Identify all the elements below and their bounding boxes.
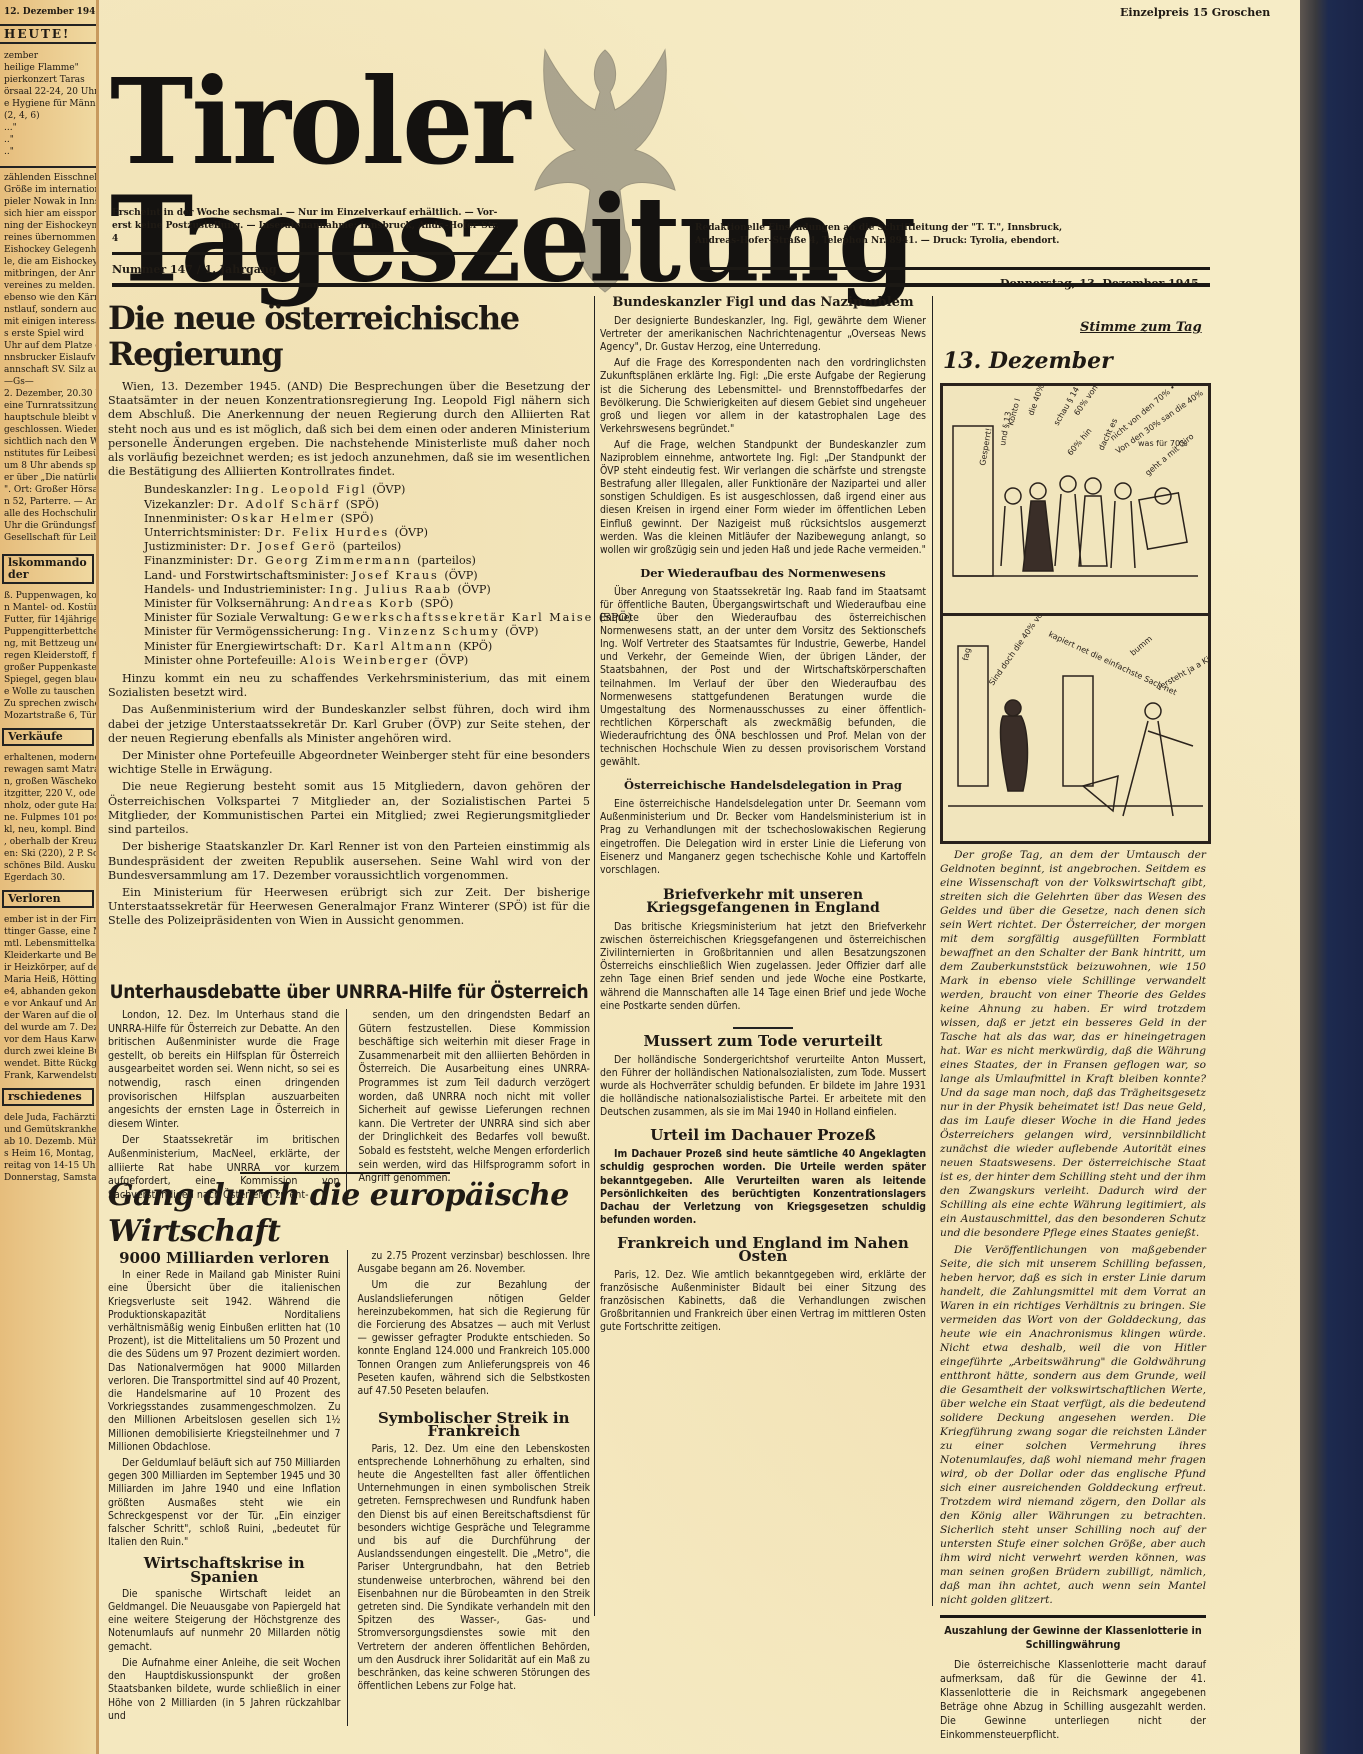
editorial-paragraph: Die Veröffentlichungen von maßgebender S… [940, 1243, 1206, 1607]
prev-ad-line: rewagen samt Matratze, [0, 764, 96, 776]
prev-ad-line: reitag von 14-15 Uhr, [0, 1160, 96, 1172]
cabinet-name: Dr. Josef Gerö [230, 540, 343, 553]
prev-ad-line: itzgitter, 220 V., oder [0, 788, 96, 800]
prev-ad-line: wendet. Bitte Rückgabe [0, 1058, 96, 1070]
spain-paragraphs: Die spanische Wirtschaft leidet an Geldm… [108, 1588, 341, 1723]
unrra-paragraph: London, 12. Dez. Im Unterhaus stand die … [108, 1009, 340, 1131]
column-kicker: Stimme zum Tag [1080, 320, 1202, 335]
prev-line: (2, 4, 6) [0, 110, 96, 122]
cartoon-speech-text: bumm [1129, 634, 1155, 658]
cabinet-member: Handels- und Industrieminister: Ing. Jul… [144, 583, 590, 597]
cartoon-speech-text: Gesperrt! [978, 427, 993, 466]
cabinet-list: Bundeskanzler: Ing. Leopold Figl (ÖVP)Vi… [144, 483, 590, 668]
cabinet-role: Vizekanzler: [144, 498, 217, 511]
prev-fragment: sich hier am eissportlichen [0, 208, 96, 220]
prev-fragment: zählenden Eisschnelläufer, [0, 172, 96, 184]
lead-paragraph: Der bisherige Staatskanzler Dr. Karl Ren… [108, 840, 590, 883]
unrra-paragraph: senden, um den dringendsten Bedarf an Gü… [359, 1009, 591, 1186]
prev-ad-line: n Mantel- od. Kostüm- [0, 602, 96, 614]
prev-ad-line: Egerdach 30. [0, 872, 96, 884]
prev-ad-line: e vor Ankauf und An- [0, 998, 96, 1010]
economy-paragraph: zu 2.75 Prozent verzinsbar) beschlossen.… [358, 1250, 591, 1276]
cabinet-role: Unterrichtsminister: [144, 526, 264, 539]
prev-line: e Hygiene für Männer" [0, 98, 96, 110]
prev-fragments: zählenden Eisschnelläufer,Größe im inter… [0, 172, 96, 544]
issue-number: Nummer 147 / 1. Jahrgang [112, 263, 277, 276]
prev-fragment: nstitutes für Leibesübun- [0, 448, 96, 460]
prev-divider [0, 166, 96, 168]
cabinet-role: Finanzminister: [144, 554, 237, 567]
cabinet-name: Gewerkschaftssekretär Karl Maise [332, 611, 598, 624]
editorial-paragraphs: Der große Tag, an dem der Umtausch der G… [940, 848, 1206, 1607]
column-headline: 13. Dezember [943, 348, 1113, 374]
mussert-paragraph: Der holländische Sondergerichtshof verur… [600, 1054, 926, 1119]
editorial-paragraph: Der große Tag, an dem der Umtausch der G… [940, 848, 1206, 1240]
cabinet-name: Andreas Korb [313, 597, 420, 610]
figl-paragraph: Der designierte Bundeskanzler, Ing. Figl… [600, 315, 926, 354]
cabinet-member: Justizminister: Dr. Josef Gerö (parteilo… [144, 540, 590, 554]
prev-ad-line: Spiegel, gegen blaue [0, 674, 96, 686]
prev-section-box: Verloren [2, 890, 94, 908]
prev-ad-line: der Waren auf die ob. [0, 1010, 96, 1022]
cabinet-party: (SPÖ) [341, 512, 374, 525]
cabinet-party: (parteilos) [417, 554, 476, 567]
lead-paragraphs: Hinzu kommt ein neu zu schaffendes Verke… [108, 672, 590, 928]
prev-fragment: Gesellschaft für Leibes- [0, 532, 96, 544]
cabinet-role: Innenminister: [144, 512, 231, 525]
france-strike-subheadline: Symbolischer Streik in Frankreich [358, 1412, 591, 1438]
prev-ad-line: Donnerstag, Samstag v. [0, 1172, 96, 1184]
figl-paragraphs: Der designierte Bundeskanzler, Ing. Figl… [600, 315, 926, 557]
cabinet-member: Minister ohne Portefeuille: Alois Weinbe… [144, 654, 590, 668]
prev-fragment: vereines zu melden. Herr [0, 280, 96, 292]
prev-ad-line: ttinger Gasse, eine Map- [0, 926, 96, 938]
dachau-headline: Urteil im Dachauer Prozeß [600, 1129, 926, 1142]
prev-ads: ember ist in der Firmattinger Gasse, ein… [0, 914, 96, 1082]
cabinet-party: (ÖVP) [505, 625, 538, 638]
prev-ad-line: e4, abhanden gekommen. [0, 986, 96, 998]
prev-fragment: hauptschule bleibt wegen [0, 412, 96, 424]
prev-section-box: lskommando der [2, 554, 94, 584]
prev-fragment: n 52, Parterre. — Am [0, 496, 96, 508]
economy-column-1: 9000 Milliarden verloren In einer Rede i… [108, 1250, 348, 1726]
unrra-column-2: senden, um den dringendsten Bedarf an Gü… [359, 1009, 591, 1205]
prev-line: örsaal 22-24, 20 Uhr: [0, 86, 96, 98]
cartoon-panel-top: Gesperrt!und § 13Konto Idie 40% doch von… [940, 383, 1211, 617]
prev-fragment: er über „Die natürliche [0, 472, 96, 484]
column-divider [594, 296, 595, 1616]
economy-section: Gang durch die europäische Wirtschaft 90… [108, 1178, 590, 1726]
short-rule [733, 1027, 793, 1029]
unrra-article: Unterhausdebatte über UNRRA-Hilfe für Ös… [108, 975, 590, 1205]
cartoon-speech-text: Konto I [1006, 397, 1022, 426]
figl-headline: Bundeskanzler Figl und das Naziproblem [600, 296, 926, 309]
cabinet-party: (SPÖ) [420, 597, 453, 610]
lead-paragraph: Der Minister ohne Portefeuille Abgeordne… [108, 749, 590, 777]
lead-paragraph: Ein Ministerium für Heerwesen erübrigt s… [108, 886, 590, 929]
prev-fragment: Eishockey Gelegenheit zur [0, 244, 96, 256]
lead-paragraph: Das Außenministerium wird der Bundeskanz… [108, 703, 590, 746]
prev-ad-line: vor dem Haus Karwen- [0, 1034, 96, 1046]
economy-columns: 9000 Milliarden verloren In einer Rede i… [108, 1250, 590, 1726]
newspaper-page: 12. Dezember 1945 HEUTE! zemberheilige F… [0, 0, 1300, 1754]
prev-fragment: sichtlich nach den Wei- [0, 436, 96, 448]
prev-date: 12. Dezember 1945 [0, 6, 96, 18]
lead-paragraph: Die neue Regierung besteht somit aus 15 … [108, 780, 590, 837]
cartoon-speech-text: 60% hin [1066, 426, 1094, 457]
prev-ad-line: ab 10. Dezemb. Mühlau, [0, 1136, 96, 1148]
lottery-headline: Auszahlung der Gewinne der Klassenlotter… [940, 1624, 1206, 1652]
cabinet-member: Minister für Soziale Verwaltung: Gewerks… [144, 611, 590, 625]
prev-fragment: eine Turnratssitzung statt. [0, 400, 96, 412]
prev-fragment: alle des Hochschulinstitu- [0, 508, 96, 520]
figl-paragraph: Auf die Frage, welchen Standpunkt der Bu… [600, 439, 926, 557]
prev-line: heilige Flamme" [0, 62, 96, 74]
normen-paragraph: Über Anregung von Staatssekretär Ing. Ra… [600, 586, 926, 769]
spain-subheadline: Wirtschaftskrise in Spanien [108, 1557, 341, 1583]
previous-page-strip: 12. Dezember 1945 HEUTE! zemberheilige F… [0, 0, 99, 1754]
prev-ad-line: Kleiderkarte und Bezug- [0, 950, 96, 962]
economy-paragraph: In einer Rede in Mailand gab Minister Ru… [108, 1269, 341, 1454]
prev-fragment: —Gs— [0, 376, 96, 388]
prev-section-box: Verkäufe [2, 728, 94, 746]
prev-fragment: geschlossen. Wiederauf- [0, 424, 96, 436]
cabinet-party: (parteilos) [343, 540, 402, 553]
cabinet-role: Bundeskanzler: [144, 483, 236, 496]
prev-fragment: Uhr die Gründungsfeier [0, 520, 96, 532]
prev-fragment: mitbringen, der Anruf [0, 268, 96, 280]
dachau-paragraphs: Im Dachauer Prozeß sind heute sämtliche … [600, 1148, 926, 1227]
prev-ad-line: n, großen Wäschekorb [0, 776, 96, 788]
cabinet-role: Minister für Energiewirtschaft: [144, 640, 325, 653]
cartoon-speech-text: fag [961, 647, 972, 661]
cabinet-member: Finanzminister: Dr. Georg Zimmermann (pa… [144, 554, 590, 568]
briefverkehr-headline: Briefverkehr mit unseren Kriegsgefangene… [600, 889, 926, 915]
unrra-body: London, 12. Dez. Im Unterhaus stand die … [108, 1009, 590, 1205]
prev-ad-line: Mozartstraße 6, Tür 9. [0, 710, 96, 722]
publication-info-line: Erscheint in der Woche sechsmal. — Nur i… [112, 207, 507, 220]
lead-article: Die neue österreichische Regierung Wien,… [108, 296, 590, 932]
prev-ad-line: del wurde am 7. Dezemb. [0, 1022, 96, 1034]
briefverkehr-paragraphs: Das britische Kriegsministerium hat jetz… [600, 921, 926, 1013]
briefverkehr-paragraph: Das britische Kriegsministerium hat jetz… [600, 921, 926, 1013]
cabinet-role: Land- und Forstwirtschaftsminister: [144, 569, 352, 582]
prev-ad-line: kl, neu, kompl. Bindung, [0, 824, 96, 836]
prev-fragment: pieler Nowak in Inns- [0, 196, 96, 208]
prev-ad-line: ember ist in der Firma [0, 914, 96, 926]
normen-headline: Der Wiederaufbau des Normenwesens [600, 567, 926, 580]
nahost-paragraph: Paris, 12. Dez. Wie amtlich bekanntgegeb… [600, 1269, 926, 1334]
prev-ad-line: ng, mit Bettzeug und [0, 638, 96, 650]
cabinet-member: Unterrichtsminister: Dr. Felix Hurdes (Ö… [144, 526, 590, 540]
cabinet-party: (SPÖ) [346, 498, 379, 511]
prev-fragment: 2. Dezember, 20.30 Uhr, [0, 388, 96, 400]
prev-section-box: rschiedenes [2, 1088, 94, 1106]
prev-fragment: um 8 Uhr abends spricht [0, 460, 96, 472]
prev-ad-line: Puppengitterbettchen, [0, 626, 96, 638]
economy-paragraph: Paris, 12. Dez. Um eine den Lebenskosten… [358, 1443, 591, 1694]
prev-line: pierkonzert Taras [0, 74, 96, 86]
prag-headline: Österreichische Handelsdelegation in Pra… [600, 779, 926, 792]
prev-fragment: Größe im internationalen [0, 184, 96, 196]
prev-fragment: ning der Eishockeymann- [0, 220, 96, 232]
column-divider [932, 296, 933, 1606]
prev-fragment: ". Ort: Großer Hörsaal [0, 484, 96, 496]
cabinet-party: (ÖVP) [395, 526, 428, 539]
publication-info-line: erst keine Postzustellung. — Inseratenan… [112, 220, 507, 246]
cabinet-member: Minister für Vermögenssicherung: Ing. Vi… [144, 625, 590, 639]
editorial-commentary: Der große Tag, an dem der Umtausch der G… [940, 848, 1206, 1745]
cabinet-party: (ÖVP) [435, 654, 468, 667]
cabinet-role: Minister für Vermögenssicherung: [144, 625, 343, 638]
cabinet-role: Minister für Volksernährung: [144, 597, 313, 610]
prev-ad-line: dele Juda, Fachärztin f. [0, 1112, 96, 1124]
prev-ad-line: en: Ski (220), 2 P. Schuhe, [0, 848, 96, 860]
prev-ad-line: mtl. Lebensmittelkarten [0, 938, 96, 950]
prev-ad-line: , oberhalb der Kreuz. [0, 836, 96, 848]
france-strike-paragraphs: Paris, 12. Dez. Um eine den Lebenskosten… [358, 1443, 591, 1694]
prev-ad-line: Zu sprechen zwischen [0, 698, 96, 710]
spain-continued: zu 2.75 Prozent verzinsbar) beschlossen.… [358, 1250, 591, 1398]
prev-line: .." [0, 134, 96, 146]
section-rule [240, 1172, 450, 1174]
cabinet-member: Land- und Forstwirtschaftsminister: Jose… [144, 569, 590, 583]
prev-ad-line: ne. Fulpmes 101 post. [0, 812, 96, 824]
masthead-bottom-rule [112, 283, 1210, 287]
cabinet-role: Justizminister: [144, 540, 230, 553]
cartoon-crowd-illustration-icon: Gesperrt!und § 13Konto Idie 40% doch von… [943, 386, 1208, 614]
prev-ads: ß. Puppenwagen, kom-n Mantel- od. Kostüm… [0, 590, 96, 722]
masthead-rule [700, 267, 1210, 270]
prev-ad-line: ir Heizkörper, auf den [0, 962, 96, 974]
prev-ads: erhaltenen, modernenrewagen samt Matratz… [0, 752, 96, 884]
unrra-headline: Unterhausdebatte über UNRRA-Hilfe für Ös… [108, 981, 590, 1003]
cabinet-role: Handels- und Industrieminister: [144, 583, 329, 596]
economy-paragraph: Die Aufnahme einer Anleihe, die seit Woc… [108, 1657, 341, 1723]
prev-fragment: le, die am Eishockey mit- [0, 256, 96, 268]
prev-fragment: reines übernommen. Um [0, 232, 96, 244]
cabinet-name: Dr. Karl Altmann [325, 640, 458, 653]
prev-ad-line: e Wolle zu tauschen [0, 686, 96, 698]
prev-ad-line: s Heim 16, Montag, Mitt- [0, 1148, 96, 1160]
cabinet-name: Ing. Julius Raab [329, 583, 457, 596]
prev-ad-line: Maria Heiß, Höttinger [0, 974, 96, 986]
cartoon-speech-text: Sind doch die 40% von den 70% [987, 616, 1069, 687]
cabinet-name: Alois Weinberger [300, 654, 435, 667]
italy-subheadline: 9000 Milliarden verloren [108, 1252, 341, 1265]
prev-ad-line: Futter, für 14jähriges [0, 614, 96, 626]
prev-ad-line: erhaltenen, modernen [0, 752, 96, 764]
cabinet-name: Dr. Adolf Schärf [217, 498, 345, 511]
economy-headline: Gang durch die europäische Wirtschaft [108, 1178, 590, 1250]
cabinet-name: Ing. Vinzenz Schumy [343, 625, 506, 638]
single-copy-price: Einzelpreis 15 Groschen [1120, 6, 1270, 19]
prev-line: ..." [0, 122, 96, 134]
prev-ad-line: ß. Puppenwagen, kom- [0, 590, 96, 602]
prev-ad-line: großer Puppenkasten, [0, 662, 96, 674]
prev-lines: zemberheilige Flamme"pierkonzert Tarasör… [0, 50, 96, 158]
prev-ad-line: Frank, Karwendelstr. 2 [0, 1070, 96, 1082]
prev-fragment: annschaft SV. Silz aus- [0, 364, 96, 376]
prev-ads: dele Juda, Fachärztin f.und Gemütskrankh… [0, 1112, 96, 1184]
prev-fragment: nstlauf, sondern auch in [0, 304, 96, 316]
cartoon-office-illustration-icon: fagSind doch die 40% von den 70%kapiert … [943, 616, 1208, 841]
cabinet-name: Oskar Helmer [231, 512, 340, 525]
mussert-paragraphs: Der holländische Sondergerichtshof verur… [600, 1054, 926, 1119]
prev-ad-line: und Gemütskrankheiten, [0, 1124, 96, 1136]
lead-intro: Wien, 13. Dezember 1945. (AND) Die Bespr… [108, 380, 590, 479]
nahost-headline: Frankreich und England im Nahen Osten [600, 1237, 926, 1263]
economy-paragraph: Die spanische Wirtschaft leidet an Geldm… [108, 1588, 341, 1654]
book-binding [1300, 0, 1363, 1754]
prag-paragraphs: Eine österreichische Handelsdelegation u… [600, 798, 926, 877]
lead-paragraph: Hinzu kommt ein neu zu schaffendes Verke… [108, 672, 590, 700]
italy-paragraphs: In einer Rede in Mailand gab Minister Ru… [108, 1269, 341, 1549]
prev-ad-line: regen Kleiderstoff, für [0, 650, 96, 662]
prev-ad-line: durch zwei kleine Bu- [0, 1046, 96, 1058]
mussert-headline: Mussert zum Tode verurteilt [600, 1035, 926, 1048]
economy-column-2: zu 2.75 Prozent verzinsbar) beschlossen.… [358, 1250, 591, 1726]
masthead-rule [112, 252, 512, 255]
prev-ad-line: nholz, oder gute Hand- [0, 800, 96, 812]
cartoon-speech-text: versteht ja a Kind [1155, 650, 1209, 693]
cabinet-member: Vizekanzler: Dr. Adolf Schärf (SPÖ) [144, 498, 590, 512]
normen-paragraphs: Über Anregung von Staatssekretär Ing. Ra… [600, 586, 926, 769]
prag-paragraph: Eine österreichische Handelsdelegation u… [600, 798, 926, 877]
lottery-paragraph: Die österreichische Klassenlotterie mach… [940, 1658, 1206, 1742]
cabinet-name: Dr. Felix Hurdes [264, 526, 394, 539]
cabinet-party: (ÖVP) [372, 483, 405, 496]
cabinet-role: Minister ohne Portefeuille: [144, 654, 300, 667]
prev-fragment: mit einigen interessanten [0, 316, 96, 328]
prev-fragment: s erste Spiel wird [0, 328, 96, 340]
cabinet-member: Bundeskanzler: Ing. Leopold Figl (ÖVP) [144, 483, 590, 497]
cabinet-role: Minister für Soziale Verwaltung: [144, 611, 332, 624]
unrra-column-1: London, 12. Dez. Im Unterhaus stand die … [108, 1009, 347, 1205]
prev-fragment: nnsbrucker Eislaufverein [0, 352, 96, 364]
publication-info-right: Redaktionelle Einsendungen an die Schrif… [695, 222, 1215, 248]
publication-info-line: Redaktionelle Einsendungen an die Schrif… [695, 222, 1215, 235]
prev-heading: HEUTE! [0, 24, 96, 44]
prev-fragment: Uhr auf dem Platze des [0, 340, 96, 352]
cabinet-member: Minister für Energiewirtschaft: Dr. Karl… [144, 640, 590, 654]
cabinet-party: (KPÖ) [458, 640, 492, 653]
lead-headline: Die neue österreichische Regierung [108, 300, 590, 372]
publication-info-line: Andreas-Hofer-Straße 4, Telephon Nr. 894… [695, 235, 1215, 248]
cabinet-party: (ÖVP) [444, 569, 477, 582]
publication-info-left: Erscheint in der Woche sechsmal. — Nur i… [112, 207, 507, 246]
cabinet-name: Ing. Leopold Figl [236, 483, 373, 496]
nahost-paragraphs: Paris, 12. Dez. Wie amtlich bekanntgegeb… [600, 1269, 926, 1334]
economy-paragraph: Der Geldumlauf beläuft sich auf 750 Mill… [108, 1457, 341, 1549]
section-rule [940, 1615, 1206, 1618]
prev-ad-line: schönes Bild. Auskunft [0, 860, 96, 872]
cabinet-name: Dr. Georg Zimmermann [237, 554, 417, 567]
figl-paragraph: Auf die Frage des Korrespondenten nach d… [600, 357, 926, 436]
prev-fragment: ebenso wie den Kärnern [0, 292, 96, 304]
newspaper-title: Tiroler Tageszeitung [110, 64, 1300, 299]
cartoon-panel-bottom: fagSind doch die 40% von den 70%kapiert … [940, 613, 1211, 844]
prev-line: .." [0, 146, 96, 158]
lottery-paragraphs: Die österreichische Klassenlotterie mach… [940, 1658, 1206, 1742]
dachau-paragraph: Im Dachauer Prozeß sind heute sämtliche … [600, 1148, 926, 1227]
cabinet-party: (ÖVP) [457, 583, 490, 596]
middle-column: Bundeskanzler Figl und das Naziproblem D… [600, 296, 926, 1338]
cabinet-member: Minister für Volksernährung: Andreas Kor… [144, 597, 590, 611]
cabinet-member: Innenminister: Oskar Helmer (SPÖ) [144, 512, 590, 526]
economy-paragraph: Um die zur Bezahlung der Auslandslieferu… [358, 1279, 591, 1398]
cabinet-name: Josef Kraus [352, 569, 444, 582]
prev-line: zember [0, 50, 96, 62]
